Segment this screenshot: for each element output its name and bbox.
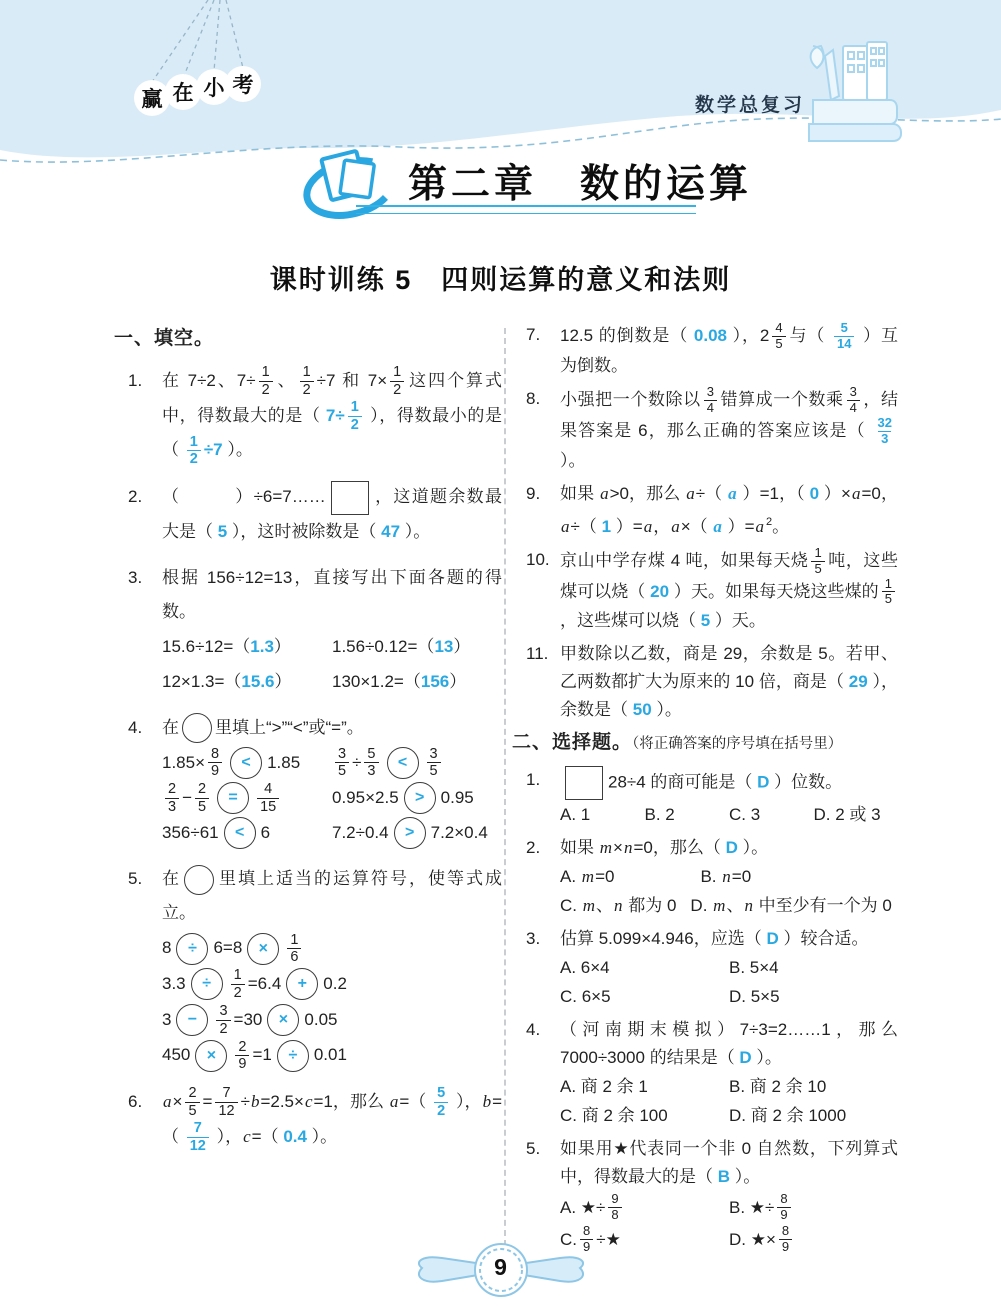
answer-text: D bbox=[726, 838, 738, 857]
answer-text: 50 bbox=[633, 700, 652, 719]
fraction: 34 bbox=[847, 385, 860, 416]
equation-row: A. 6×4B. 5×4 bbox=[560, 954, 898, 982]
variable: m bbox=[581, 867, 595, 886]
circle-answer: × bbox=[267, 1004, 299, 1036]
question: 2.如果 m×n=0，那么（ D ）。A. m=0B. n=0C. m、n 都为… bbox=[512, 834, 898, 920]
question-number: 1. bbox=[526, 766, 558, 794]
section-title: 二、选择题。 bbox=[512, 732, 632, 753]
variable: n bbox=[613, 896, 624, 915]
answer-text: 156 bbox=[421, 665, 449, 699]
circle-answer: × bbox=[195, 1040, 227, 1072]
superscript: 2 bbox=[766, 516, 772, 528]
answer-text: 13 bbox=[434, 630, 453, 664]
content-cell: 估算 5.099×4.946，应选（ D ）较合适。 bbox=[560, 925, 898, 953]
fraction: 15 bbox=[811, 546, 824, 577]
content-cell: 3.3÷12=6.4+0.2 bbox=[162, 967, 502, 1002]
question-text-line: 如果 a>0，那么 a÷（ a ）=1，（ 0 ）×a=0，a÷（ 1 ）=a，… bbox=[560, 480, 898, 541]
page-ribbon: 9 bbox=[406, 1238, 596, 1302]
variable: a bbox=[755, 517, 766, 536]
circle-answer: > bbox=[394, 817, 426, 849]
answer-text: 15.6 bbox=[241, 665, 274, 699]
fraction: 415 bbox=[257, 781, 279, 815]
fraction: 98 bbox=[608, 1192, 621, 1223]
fraction: 35 bbox=[427, 746, 441, 780]
circle-answer: ÷ bbox=[277, 1040, 309, 1072]
question: 9.如果 a>0，那么 a÷（ a ）=1，（ 0 ）×a=0，a÷（ 1 ）=… bbox=[512, 480, 898, 541]
content-cell: 12.5 的倒数是（ 0.08 ），245与（ 514 ）互为倒数。 bbox=[560, 321, 898, 380]
content-cell: 京山中学存煤 4 吨，如果每天烧15吨，这些煤可以烧（ 20 ）天。如果每天烧这… bbox=[560, 546, 898, 636]
variable: a bbox=[851, 484, 862, 503]
question: 1.28÷4 的商可能是（ D ）位数。A. 1B. 2C. 3D. 2 或 3 bbox=[512, 766, 898, 829]
answer-text: D bbox=[757, 773, 769, 792]
question: 6.a×25=712÷b=2.5×c=1，那么 a=（ 52 ），b=（ 712… bbox=[114, 1085, 502, 1154]
fraction: 35 bbox=[335, 746, 349, 780]
question: 4.（河南期末模拟）7÷3=2……1，那么 7000÷3000 的结果是（ D … bbox=[512, 1016, 898, 1130]
fraction: 29 bbox=[235, 1039, 249, 1073]
fraction: 712 bbox=[215, 1085, 237, 1119]
left-column: 一、填空。1.在 7÷2、7÷12、12÷7 和 7×12这四个算式中，得数最大… bbox=[114, 320, 502, 1166]
answer-text: 7÷ bbox=[326, 406, 345, 425]
circle-answer: − bbox=[176, 1004, 208, 1036]
section-heading: 二、选择题。（将正确答案的序号填在括号里） bbox=[512, 729, 898, 758]
question-number: 7. bbox=[526, 321, 558, 349]
brand-char: 在 bbox=[165, 74, 201, 110]
question-text-line: 28÷4 的商可能是（ D ）位数。 bbox=[560, 766, 898, 800]
fraction: 53 bbox=[364, 746, 378, 780]
circle-answer: ÷ bbox=[176, 933, 208, 965]
content-cell: 1.56÷0.12=（ 13 ） bbox=[332, 630, 502, 664]
variable: n bbox=[623, 838, 634, 857]
content-cell: 23−25=415 bbox=[162, 781, 332, 815]
variable: c bbox=[242, 1127, 252, 1146]
circle-answer: ÷ bbox=[191, 968, 223, 1000]
content-cell: C. 商 2 余 100 bbox=[560, 1102, 729, 1130]
content-cell: D. 2 或 3 bbox=[814, 801, 899, 829]
question-text-line: 8÷6=8×16 bbox=[162, 931, 502, 966]
variable: b bbox=[482, 1092, 493, 1111]
question-text-line: 如果用★代表同一个非 0 自然数，下列算式中，得数最大的是（ B ）。 bbox=[560, 1135, 898, 1191]
equation-row: C. 6×5D. 5×5 bbox=[560, 983, 898, 1011]
question-text-line: 甲数除以乙数，商是 29，余数是 5。若甲、乙两数都扩大为原来的 10 倍，商是… bbox=[560, 640, 898, 724]
content-cell: 在里填上“>”“<”或“=”。 bbox=[162, 711, 502, 745]
variable: a bbox=[685, 484, 696, 503]
answer-text: 0 bbox=[810, 484, 819, 503]
fraction: 34 bbox=[704, 385, 717, 416]
variable: n bbox=[743, 896, 754, 915]
page-number: 9 bbox=[406, 1254, 596, 1281]
answer-text: B bbox=[718, 1167, 730, 1186]
equation-row: 15.6÷12=（ 1.3 ）1.56÷0.12=（ 13 ） bbox=[162, 630, 502, 664]
variable: b bbox=[250, 1092, 261, 1111]
equation-row: A. ★÷98B. ★÷89 bbox=[560, 1192, 898, 1223]
content-cell: 在 7÷2、7÷12、12÷7 和 7×12这四个算式中，得数最大的是（ 7÷1… bbox=[162, 364, 502, 468]
content-cell: 根据 156÷12=13，直接写出下面各题的得数。 bbox=[162, 561, 502, 629]
fraction: 16 bbox=[287, 932, 301, 966]
content-cell: 7.2÷0.4>7.2×0.4 bbox=[332, 816, 502, 850]
blank-box bbox=[331, 481, 369, 515]
content-cell: 如果 m×n=0，那么（ D ）。 bbox=[560, 834, 898, 862]
variable: c bbox=[304, 1092, 314, 1111]
question-number: 3. bbox=[128, 561, 160, 595]
content-cell: a×25=712÷b=2.5×c=1，那么 a=（ 52 ），b=（ 712 ）… bbox=[162, 1085, 502, 1154]
content-cell: C. 3 bbox=[729, 801, 814, 829]
question-text-line: C. m、n 都为 0D. m、n 中至少有一个为 0 bbox=[560, 892, 898, 920]
fraction: 12 bbox=[390, 364, 404, 398]
variable: m bbox=[582, 896, 596, 915]
answer-text: 29 bbox=[849, 672, 868, 691]
question-number: 8. bbox=[526, 385, 558, 413]
variable: n bbox=[721, 867, 732, 886]
equation-row: 1.85×89<1.8535÷53<35 bbox=[162, 746, 502, 780]
answer-fraction: 12 bbox=[348, 399, 362, 433]
content-cell: 15.6÷12=（ 1.3 ） bbox=[162, 630, 332, 664]
content-cell: D. 商 2 余 1000 bbox=[729, 1102, 898, 1130]
question-number: 4. bbox=[128, 711, 160, 745]
question-number: 5. bbox=[526, 1135, 558, 1163]
circle-answer: + bbox=[286, 968, 318, 1000]
question-text-line: 如果 m×n=0，那么（ D ）。 bbox=[560, 834, 898, 862]
fraction: 89 bbox=[777, 1192, 790, 1223]
fraction: 25 bbox=[195, 781, 209, 815]
content-cell: （ ）÷6=7……，这道题余数最大是（ 5 ），这时被除数是（ 47 ）。 bbox=[162, 480, 502, 549]
equation-row: A. 商 2 余 1B. 商 2 余 10 bbox=[560, 1073, 898, 1101]
content-cell: B. 2 bbox=[645, 801, 730, 829]
corner-label: 数学总复习 bbox=[695, 90, 805, 117]
answer-fraction: 712 bbox=[187, 1120, 209, 1154]
content-cell: 35÷53<35 bbox=[332, 746, 502, 780]
content-cell: 在里填上适当的运算符号，使等式成立。 bbox=[162, 862, 502, 930]
circle-blank bbox=[184, 865, 214, 895]
content-cell: 甲数除以乙数，商是 29，余数是 5。若甲、乙两数都扩大为原来的 10 倍，商是… bbox=[560, 640, 898, 724]
question-text-line: 估算 5.099×4.946，应选（ D ）较合适。 bbox=[560, 925, 898, 953]
equation-row: A. 1B. 2C. 3D. 2 或 3 bbox=[560, 801, 898, 829]
content-cell: B. 5×4 bbox=[729, 954, 898, 982]
question-text-line: （ ）÷6=7……，这道题余数最大是（ 5 ），这时被除数是（ 47 ）。 bbox=[162, 480, 502, 549]
equation-row: C. 商 2 余 100D. 商 2 余 1000 bbox=[560, 1102, 898, 1130]
question-text-line: （河南期末模拟）7÷3=2……1，那么 7000÷3000 的结果是（ D ）。 bbox=[560, 1016, 898, 1072]
question-text-line: a×25=712÷b=2.5×c=1，那么 a=（ 52 ），b=（ 712 ）… bbox=[162, 1085, 502, 1154]
content-cell: C. m、n 都为 0D. m、n 中至少有一个为 0 bbox=[560, 892, 898, 920]
question-text-line: 在里填上“>”“<”或“=”。 bbox=[162, 711, 502, 745]
question-text-line: 3−32=30×0.05 bbox=[162, 1003, 502, 1038]
question: 3.估算 5.099×4.946，应选（ D ）较合适。A. 6×4B. 5×4… bbox=[512, 925, 898, 1011]
answer-fraction: 12 bbox=[187, 434, 201, 468]
blank-box bbox=[565, 766, 603, 800]
variable: m bbox=[712, 896, 726, 915]
question: 2.（ ）÷6=7……，这道题余数最大是（ 5 ），这时被除数是（ 47 ）。 bbox=[114, 480, 502, 549]
content-cell: 如果 a>0，那么 a÷（ a ）=1，（ 0 ）×a=0，a÷（ 1 ）=a，… bbox=[560, 480, 898, 541]
question-text-line: 小强把一个数除以34错算成一个数乘34，结果答案是 6，那么正确的答案应该是（ … bbox=[560, 385, 898, 475]
brand-char: 考 bbox=[225, 66, 261, 102]
content-cell: C. 6×5 bbox=[560, 983, 729, 1011]
fraction: 12 bbox=[231, 967, 245, 1001]
circle-answer: < bbox=[224, 817, 256, 849]
question: 4.在里填上“>”“<”或“=”。1.85×89<1.8535÷53<3523−… bbox=[114, 711, 502, 851]
content-cell: 0.95×2.5>0.95 bbox=[332, 781, 502, 815]
content-cell: 3−32=30×0.05 bbox=[162, 1003, 502, 1038]
answer-fraction: 514 bbox=[834, 321, 854, 352]
fraction: 15 bbox=[882, 577, 895, 608]
variable: a bbox=[670, 517, 681, 536]
question-number: 11. bbox=[526, 640, 558, 668]
question: 5.在里填上适当的运算符号，使等式成立。8÷6=8×163.3÷12=6.4+0… bbox=[114, 862, 502, 1073]
answer-text: D bbox=[739, 1048, 751, 1067]
answer-text: 47 bbox=[381, 522, 400, 541]
content-cell: A. 1 bbox=[560, 801, 645, 829]
fraction: 32 bbox=[216, 1003, 230, 1037]
fraction: 45 bbox=[772, 321, 785, 352]
right-column: 7.12.5 的倒数是（ 0.08 ），245与（ 514 ）互为倒数。8.小强… bbox=[512, 320, 898, 1260]
page-footer: 9 bbox=[0, 1238, 1001, 1302]
question: 3.根据 156÷12=13，直接写出下面各题的得数。15.6÷12=（ 1.3… bbox=[114, 561, 502, 699]
answer-fraction: 52 bbox=[434, 1085, 448, 1119]
question-text-line: 根据 156÷12=13，直接写出下面各题的得数。 bbox=[162, 561, 502, 629]
question: 10.京山中学存煤 4 吨，如果每天烧15吨，这些煤可以烧（ 20 ）天。如果每… bbox=[512, 546, 898, 636]
content-cell: 12×1.3=（ 15.6 ） bbox=[162, 665, 332, 699]
question-text-line: A. m=0B. n=0 bbox=[560, 863, 898, 891]
section-heading: 一、填空。 bbox=[114, 322, 502, 356]
question-number: 6. bbox=[128, 1085, 160, 1119]
question-number: 9. bbox=[526, 480, 558, 508]
content-cell: （河南期末模拟）7÷3=2……1，那么 7000÷3000 的结果是（ D ）。 bbox=[560, 1016, 898, 1072]
question-number: 10. bbox=[526, 546, 558, 574]
question-number: 2. bbox=[128, 480, 160, 514]
question-text-line: 京山中学存煤 4 吨，如果每天烧15吨，这些煤可以烧（ 20 ）天。如果每天烧这… bbox=[560, 546, 898, 636]
content-cell: A. 6×4 bbox=[560, 954, 729, 982]
variable: a bbox=[389, 1092, 400, 1111]
answer-fraction: 323 bbox=[875, 416, 895, 447]
question: 1.在 7÷2、7÷12、12÷7 和 7×12这四个算式中，得数最大的是（ 7… bbox=[114, 364, 502, 468]
circle-answer: × bbox=[247, 933, 279, 965]
variable: m bbox=[599, 838, 613, 857]
question: 8.小强把一个数除以34错算成一个数乘34，结果答案是 6，那么正确的答案应该是… bbox=[512, 385, 898, 475]
answer-text: ÷7 bbox=[204, 440, 223, 459]
variable: a bbox=[560, 517, 571, 536]
answer-text: 20 bbox=[650, 581, 669, 600]
books-illustration bbox=[795, 38, 905, 143]
equation-row: 12×1.3=（ 15.6 ）130×1.2=（ 156 ） bbox=[162, 665, 502, 699]
question-number: 3. bbox=[526, 925, 558, 953]
content-cell: 356÷61<6 bbox=[162, 816, 332, 850]
question-text-line: 在 7÷2、7÷12、12÷7 和 7×12这四个算式中，得数最大的是（ 7÷1… bbox=[162, 364, 502, 468]
circle-answer: < bbox=[230, 747, 262, 779]
brand-char: 赢 bbox=[134, 80, 170, 116]
content-cell: 450×29=1÷0.01 bbox=[162, 1038, 502, 1073]
question-number: 1. bbox=[128, 364, 160, 398]
fraction: 25 bbox=[185, 1085, 199, 1119]
question-number: 4. bbox=[526, 1016, 558, 1044]
answer-variable: a bbox=[712, 517, 723, 536]
content-cell: B. 商 2 余 10 bbox=[729, 1073, 898, 1101]
variable: a bbox=[162, 1092, 173, 1111]
content-cell: D. 5×5 bbox=[729, 983, 898, 1011]
fraction: 12 bbox=[300, 364, 314, 398]
content-cell: B. ★÷89 bbox=[729, 1192, 898, 1223]
question-text-line: 在里填上适当的运算符号，使等式成立。 bbox=[162, 862, 502, 930]
content-cell: 如果用★代表同一个非 0 自然数，下列算式中，得数最大的是（ B ）。 bbox=[560, 1135, 898, 1191]
circle-answer: < bbox=[387, 747, 419, 779]
fraction: 23 bbox=[165, 781, 179, 815]
answer-text: 0.4 bbox=[283, 1127, 307, 1146]
circle-answer: > bbox=[404, 782, 436, 814]
circle-answer: = bbox=[217, 782, 249, 814]
question-number: 2. bbox=[526, 834, 558, 862]
equation-row: 356÷61<67.2÷0.4>7.2×0.4 bbox=[162, 816, 502, 850]
equation-row: 23−25=4150.95×2.5>0.95 bbox=[162, 781, 502, 815]
content-cell: 28÷4 的商可能是（ D ）位数。 bbox=[560, 766, 898, 800]
answer-text: 5 bbox=[701, 611, 710, 630]
column-divider bbox=[504, 328, 506, 1256]
question-text-line: 450×29=1÷0.01 bbox=[162, 1038, 502, 1073]
content-cell: 1.85×89<1.85 bbox=[162, 746, 332, 780]
title-underline bbox=[356, 205, 696, 214]
section-note: （将正确答案的序号填在括号里） bbox=[632, 736, 842, 752]
question-text-line: 12.5 的倒数是（ 0.08 ），245与（ 514 ）互为倒数。 bbox=[560, 321, 898, 380]
content-cell: 小强把一个数除以34错算成一个数乘34，结果答案是 6，那么正确的答案应该是（ … bbox=[560, 385, 898, 475]
content-cell: 130×1.2=（ 156 ） bbox=[332, 665, 502, 699]
content-cell: A. m=0B. n=0 bbox=[560, 863, 898, 891]
variable: a bbox=[599, 484, 610, 503]
answer-text: 5 bbox=[218, 522, 227, 541]
variable: a bbox=[643, 517, 654, 536]
answer-text: 0.08 bbox=[694, 326, 727, 345]
question-number: 5. bbox=[128, 862, 160, 896]
answer-text: 1 bbox=[602, 517, 611, 536]
lesson-title: 课时训练 5 四则运算的意义和法则 bbox=[0, 258, 1001, 297]
section-title: 一、填空。 bbox=[114, 328, 214, 349]
workbook-page: 赢 在 小 考 数学总复习 第二章 数的运算 课时训练 5 四则运算的意义和法则… bbox=[0, 0, 1001, 1309]
content-cell: A. ★÷98 bbox=[560, 1192, 729, 1223]
question: 11.甲数除以乙数，商是 29，余数是 5。若甲、乙两数都扩大为原来的 10 倍… bbox=[512, 640, 898, 724]
answer-variable: a bbox=[727, 484, 738, 503]
question: 7.12.5 的倒数是（ 0.08 ），245与（ 514 ）互为倒数。 bbox=[512, 321, 898, 380]
answer-text: D bbox=[766, 929, 778, 948]
fraction: 89 bbox=[208, 746, 222, 780]
answer-text: 1.3 bbox=[250, 630, 274, 664]
fraction: 12 bbox=[259, 364, 273, 398]
question-text-line: 3.3÷12=6.4+0.2 bbox=[162, 967, 502, 1002]
content-cell: 8÷6=8×16 bbox=[162, 931, 502, 966]
chapter-title: 第二章 数的运算 bbox=[408, 153, 752, 209]
content-cell: A. 商 2 余 1 bbox=[560, 1073, 729, 1101]
circle-blank bbox=[182, 713, 212, 743]
